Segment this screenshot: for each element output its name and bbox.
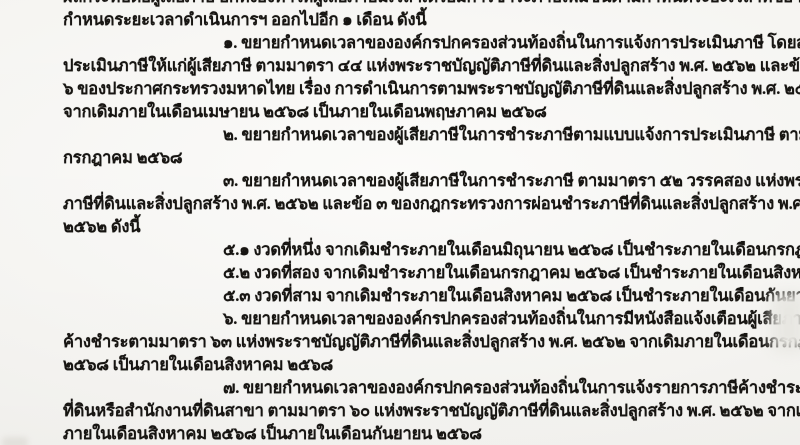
- scan-artifact: [772, 293, 800, 351]
- document-line: ๖ ของประกาศกระทรวงมหาดไทย เรื่อง การดำเน…: [63, 77, 763, 100]
- scan-artifact: [2, 437, 28, 445]
- document-line: ๕.๒ งวดที่สอง จากเดิมชำระภายในเดือนกรกฎา…: [63, 261, 763, 284]
- document-line: ภายในเดือนสิงหาคม ๒๕๖๘ เป็นภายในเดือนกัน…: [63, 422, 763, 445]
- document-line: ๒๕๖๘ เป็นภายในเดือนสิงหาคม ๒๕๖๘: [63, 353, 763, 376]
- document-line: ๕.๑ งวดที่หนึ่ง จากเดิมชำระภายในเดือนมิถ…: [63, 238, 763, 261]
- document-line: ค้างชำระตามมาตรา ๖๓ แห่งพระราชบัญญัติภาษ…: [63, 330, 763, 353]
- document-line: ผลกระทบต่อผู้เสียภาษี อีกทั้งยังทำให้ผู้…: [63, 0, 763, 8]
- document-page: ผลกระทบต่อผู้เสียภาษี อีกทั้งยังทำให้ผู้…: [63, 0, 763, 445]
- document-line: ๓. ขยายกำหนดเวลาของผู้เสียภาษีในการชำระภ…: [63, 169, 763, 192]
- document-line: ประเมินภาษีให้แก่ผู้เสียภาษี ตามมาตรา ๔๔…: [63, 54, 763, 77]
- document-line: ๒. ขยายกำหนดเวลาของผู้เสียภาษีในการชำระภ…: [63, 123, 763, 146]
- document-line: จากเดิมภายในเดือนเมษายน ๒๕๖๘ เป็นภายในเด…: [63, 100, 763, 123]
- document-line: ภาษีที่ดินและสิ่งปลูกสร้าง พ.ศ. ๒๕๖๒ และ…: [63, 192, 763, 215]
- document-line: กำหนดระยะเวลาดำเนินการฯ ออกไปอีก ๑ เดือน…: [63, 8, 763, 31]
- document-line: ๗. ขยายกำหนดเวลาขององค์กรปกครองส่วนท้องถ…: [63, 376, 763, 399]
- document-line: ๕.๓ งวดที่สาม จากเดิมชำระภายในเดือนสิงหา…: [63, 284, 763, 307]
- document-line: กรกฎาคม ๒๕๖๘: [63, 146, 763, 169]
- document-line: ๑. ขยายกำหนดเวลาขององค์กรปกครองส่วนท้องถ…: [63, 31, 763, 54]
- document-body: ผลกระทบต่อผู้เสียภาษี อีกทั้งยังทำให้ผู้…: [63, 0, 763, 445]
- document-line: ๒๕๖๒ ดังนี้: [63, 215, 763, 238]
- document-line: ที่ดินหรือสำนักงานที่ดินสาขา ตามมาตรา ๖๐…: [63, 399, 763, 422]
- document-line: ๖. ขยายกำหนดเวลาขององค์กรปกครองส่วนท้องถ…: [63, 307, 763, 330]
